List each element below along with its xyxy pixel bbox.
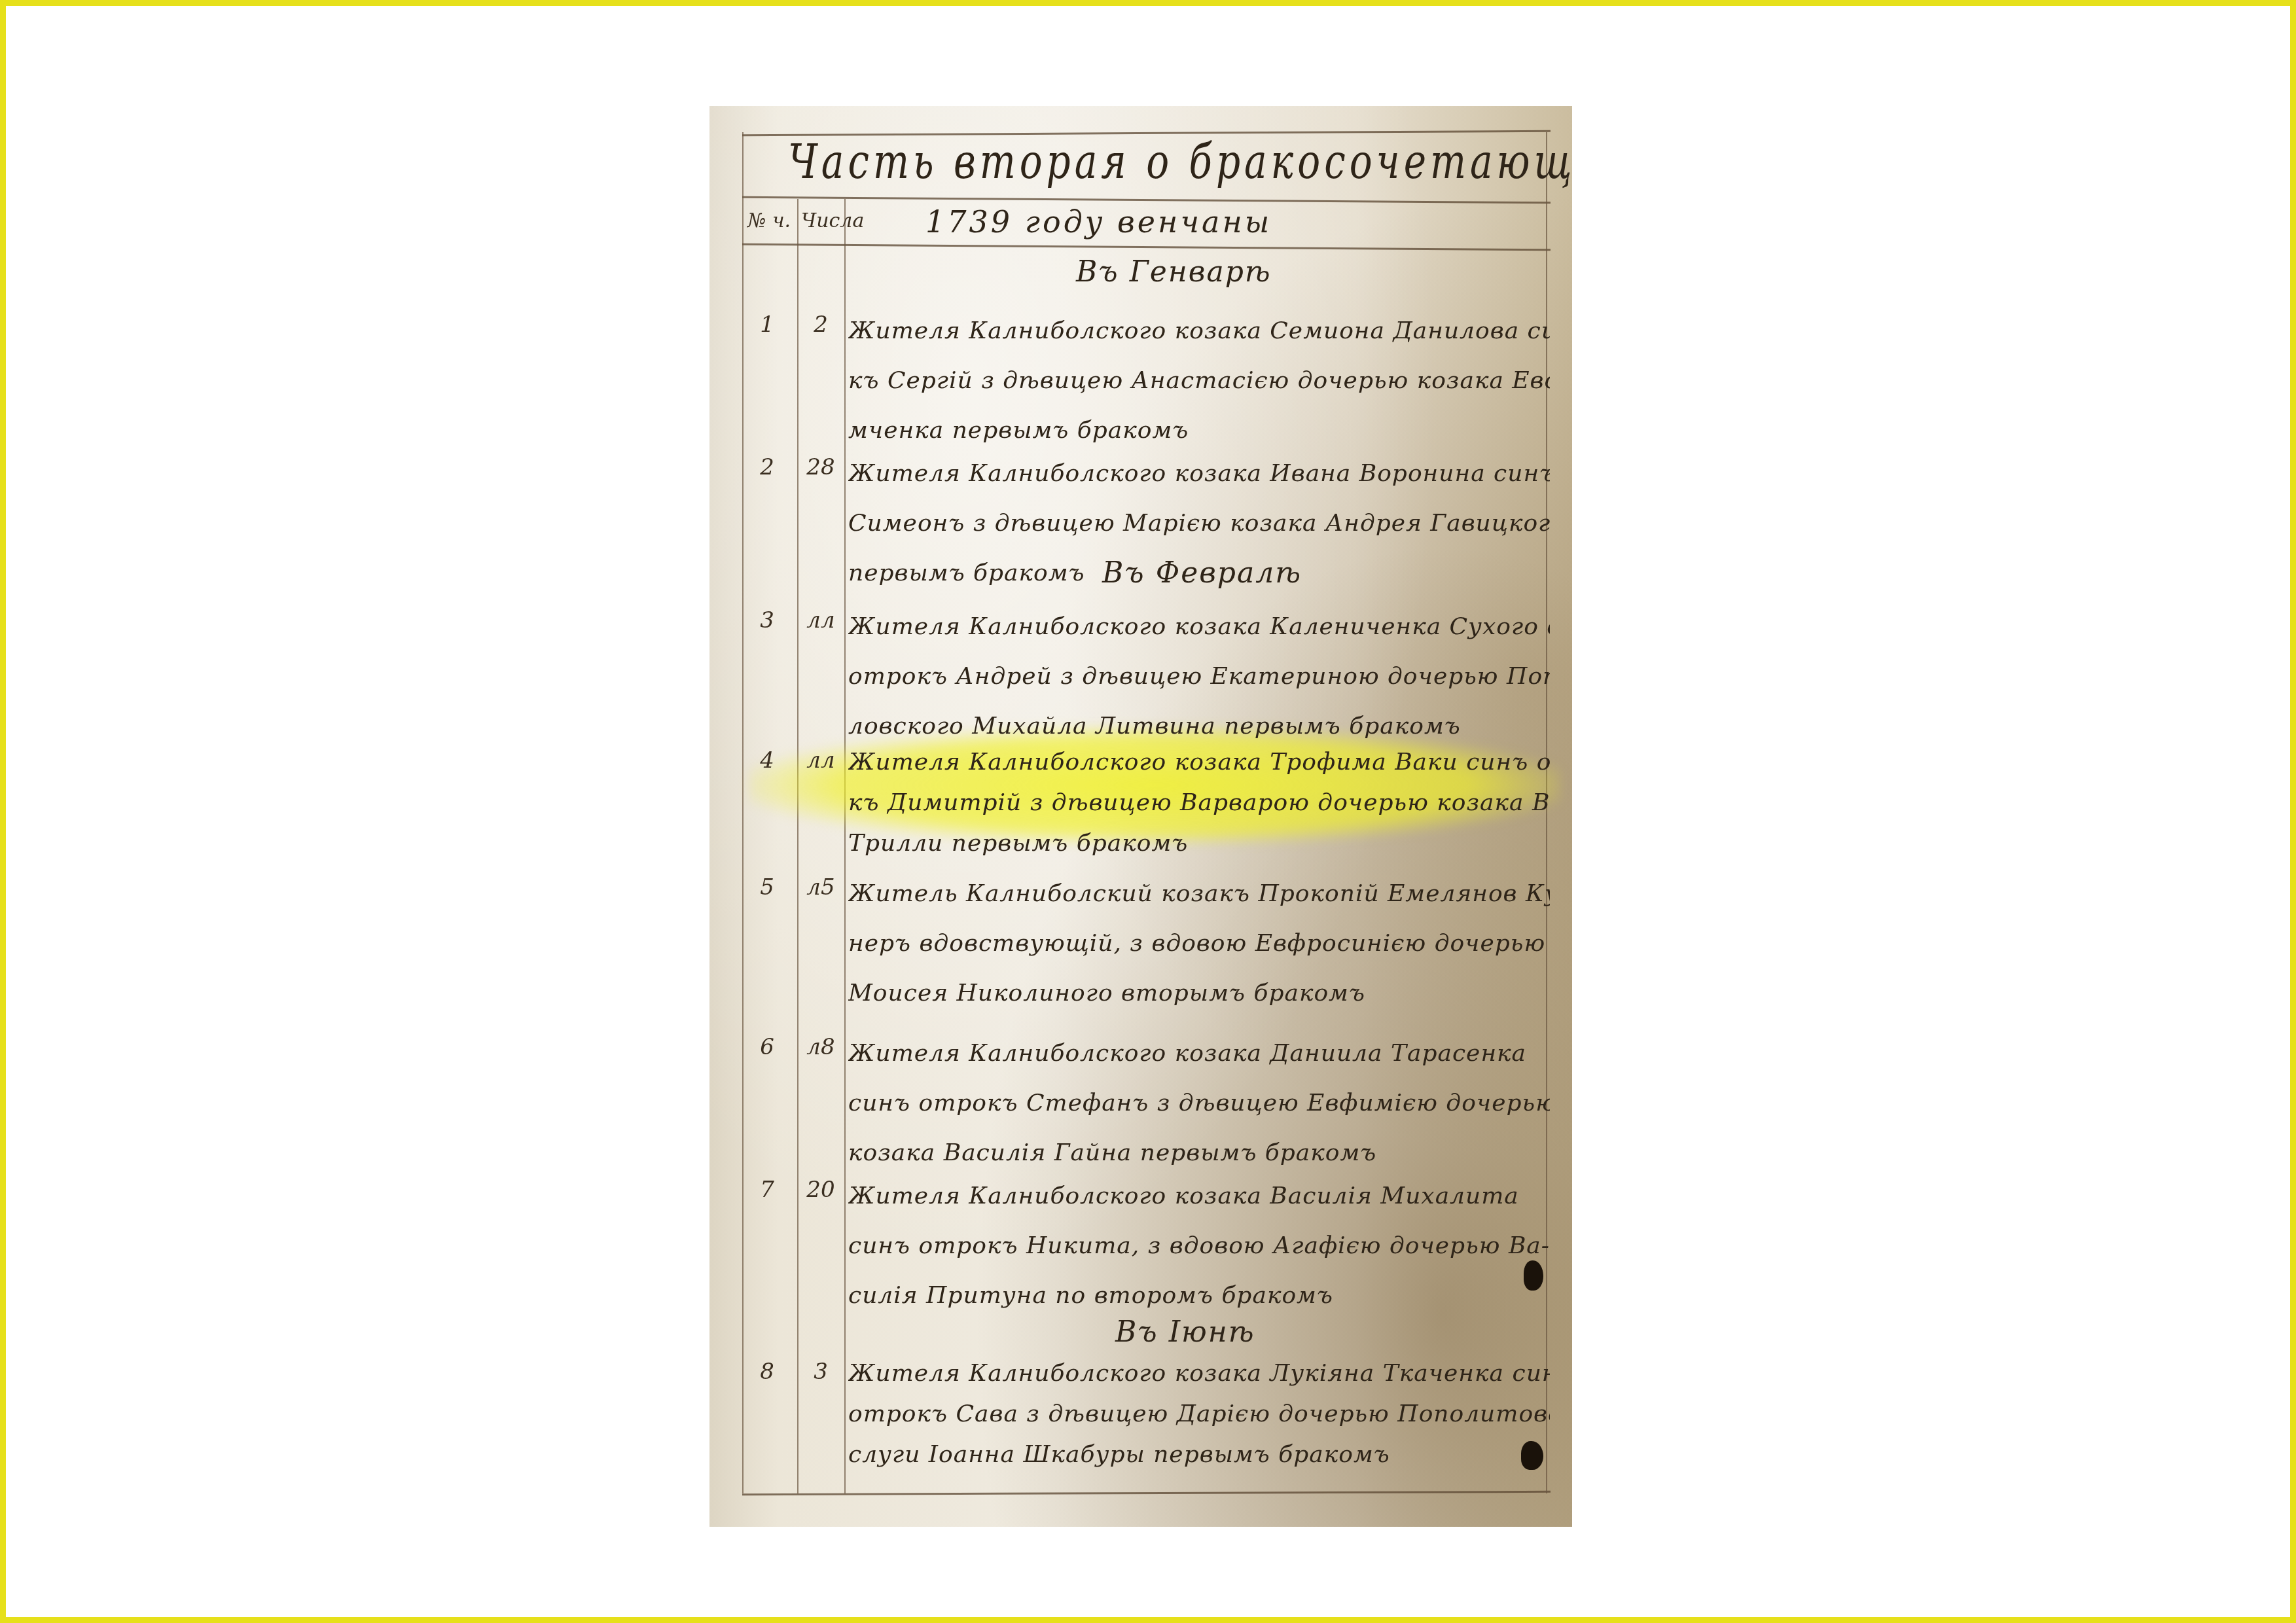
entry-line: Жителя Калниболского козака Василія Миха… (848, 1171, 1550, 1221)
entry-text: Жителя Калниболского козака Семиона Дани… (848, 306, 1550, 455)
header-bottom-line (742, 243, 1551, 251)
entry-date: 3 (801, 1359, 840, 1385)
entry-text: Жителя Калниболского козака Трофима Ваки… (848, 742, 1550, 864)
entry-number: 6 (754, 1034, 780, 1060)
entry-line: Трилли первымъ бракомъ (848, 823, 1550, 864)
entry-line: Жителя Калниболского козака Семиона Дани… (848, 306, 1550, 356)
month-heading-february: Въ Февралѣ (1102, 556, 1302, 590)
entry-line: слуги Іоанна Шкабуры первымъ бракомъ (848, 1435, 1550, 1475)
month-heading-june: Въ Іюнѣ (1115, 1315, 1255, 1349)
entry-line: Жителя Калниболского козака Ивана Ворони… (848, 449, 1550, 499)
manuscript-page: Часть вторая о бракосочетающихся № ч. Чи… (709, 106, 1572, 1527)
entry-text: Житель Калниболский козакъ Прокопій Емел… (848, 869, 1550, 1018)
entry-date: 28 (801, 454, 840, 480)
entry-number: 2 (754, 454, 780, 480)
entry-date: 2 (801, 312, 840, 338)
entry-line: Жителя Калниболского козака Трофима Ваки… (848, 742, 1550, 783)
entry-line: синъ отрокъ Никита, з вдовою Агафією доч… (848, 1221, 1550, 1271)
table-bottom-line (742, 1491, 1551, 1495)
document-title: Часть вторая о бракосочетающихся (788, 134, 1534, 215)
entry-line: отрокъ Андрей з дѣвицею Екатериною дочер… (848, 652, 1550, 702)
entry-line: силія Притуна по второмъ бракомъ (848, 1271, 1550, 1321)
ink-blot (1521, 1441, 1543, 1470)
entry-line: неръ вдовствующій, з вдовою Евфросинією … (848, 919, 1550, 969)
entry-date: л5 (801, 874, 840, 901)
entry-line: Житель Калниболский козакъ Прокопій Емел… (848, 869, 1550, 919)
entry-date: лл (801, 607, 840, 633)
entry-line: къ Димитрій з дѣвицею Варварою дочерью к… (848, 783, 1550, 823)
entry-line: Жителя Калниболского козака Даниила Тара… (848, 1029, 1550, 1079)
entry-number: 7 (754, 1177, 780, 1203)
month-heading-january: Въ Генварѣ (1076, 255, 1272, 289)
entry-line: отрокъ Сава з дѣвицею Дарією дочерью Поп… (848, 1394, 1550, 1435)
column-header-date: Числа (801, 209, 864, 232)
ink-blot (1524, 1260, 1543, 1291)
entry-line: синъ отрокъ Стефанъ з дѣвицею Евфимією д… (848, 1079, 1550, 1128)
entry-text: Жителя Калниболского козака Калениченка … (848, 602, 1550, 751)
entry-date: лл (801, 747, 840, 774)
entry-line: козака Василія Гайна первымъ бракомъ (848, 1128, 1550, 1178)
entry-number: 4 (754, 747, 780, 774)
entry-number: 3 (754, 607, 780, 633)
entry-text: Жителя Калниболского козака Лукіяна Ткач… (848, 1353, 1550, 1475)
entry-line: къ Сергій з дѣвицею Анастасією дочерью к… (848, 356, 1550, 406)
entry-number: 8 (754, 1359, 780, 1385)
entry-line: Моисея Николиного вторымъ бракомъ (848, 969, 1550, 1018)
entry-date: 20 (801, 1177, 840, 1203)
entry-number: 1 (754, 312, 780, 338)
entry-line: мченка первымъ бракомъ (848, 406, 1550, 455)
entry-line: Симеонъ з дѣвицею Марією козака Андрея Г… (848, 499, 1550, 548)
column-header-description: 1739 году венчаны (925, 204, 1272, 240)
entry-line: Жителя Калниболского козака Калениченка … (848, 602, 1550, 652)
entry-number: 5 (754, 874, 780, 901)
entry-date: л8 (801, 1034, 840, 1060)
number-column-divider (797, 199, 798, 1493)
left-border-line (742, 132, 744, 1493)
entry-text: Жителя Калниболского козака Даниила Тара… (848, 1029, 1550, 1178)
entry-text: Жителя Калниболского козака Василія Миха… (848, 1171, 1550, 1321)
date-column-divider (844, 199, 846, 1493)
column-header-number: № ч. (747, 209, 791, 232)
entry-line: Жителя Калниболского козака Лукіяна Ткач… (848, 1353, 1550, 1394)
